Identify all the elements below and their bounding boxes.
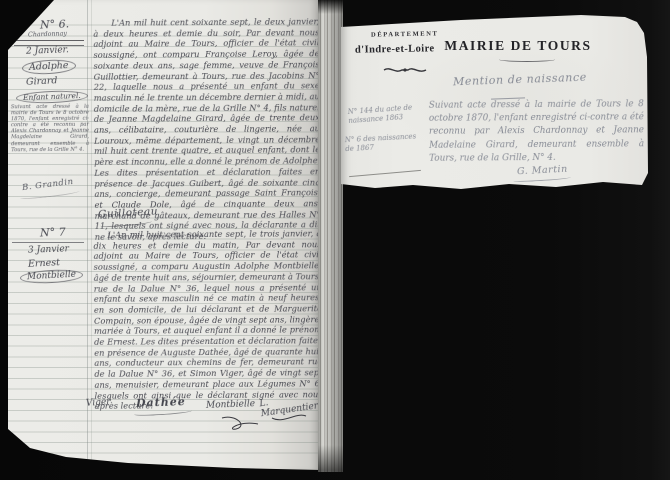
ornament-rule	[383, 65, 427, 75]
entry2-margin-firstname: Ernest	[28, 257, 60, 270]
entry2-margin-number: N° 7	[40, 226, 66, 240]
department-label: DÉPARTEMENT	[371, 30, 439, 38]
pencil-dash-mark	[349, 170, 421, 177]
entry2-margin-date: 3 Janvier	[28, 244, 69, 255]
register-left-page: N° 6. Chardonnay 2 Janvier. Adolphe Gira…	[8, 0, 322, 471]
signature-paraph-flourish-2	[270, 408, 310, 426]
book-page-edges	[318, 0, 343, 472]
entry1-margin-crossed-name: Chardonnay	[28, 30, 67, 38]
entry2-signature-1: Viger	[86, 397, 111, 409]
mairie-title: MAIRIE DE TOURS	[443, 38, 593, 54]
signature-paraph-flourish	[218, 412, 268, 434]
subject-line: Mention de naissance	[453, 71, 587, 89]
entry2-body-text: L'An mil huit cent soixante sept, le tro…	[93, 228, 322, 412]
department-name: d'Indre-et-Loire	[355, 43, 435, 55]
mairie-annex-sheet: DÉPARTEMENT d'Indre-et-Loire MAIRIE DE T…	[341, 15, 649, 196]
mention-body-text: Suivant acte dressé à la mairie de Tours…	[429, 98, 644, 166]
reference-note-1: N° 144 du acte de naissance 1863	[347, 102, 434, 126]
entry1-margin-annotation: Suivant acte dressé à la mairie de Tours…	[11, 104, 89, 153]
reference-note-2: N° 6 des naissances de 1867	[345, 132, 428, 154]
title-underline-flourish	[499, 57, 555, 62]
entry1-margin-surname: Girard	[26, 75, 58, 88]
entry1-margin-date: 2 Janvier.	[26, 45, 69, 56]
entry2-signature-3: Montbielle	[206, 399, 255, 411]
entry2-signature-2: Dathée	[136, 395, 186, 410]
scanned-register-page: N° 6. Chardonnay 2 Janvier. Adolphe Gira…	[0, 0, 670, 480]
entry2-margin-rule	[12, 242, 84, 243]
